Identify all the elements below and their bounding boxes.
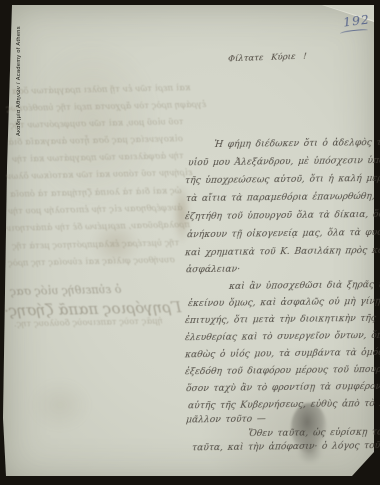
handwriting-line: μᾶλλον τοῦτο —: [185, 415, 266, 426]
handwriting-line: Ὅθεν ταῦτα, ὡς εὑρίσκῃ τὰ ἀντικείμενα: [247, 427, 380, 439]
handwriting-line: καὶ ἂν ὑποσχεθῶσι διὰ ξηρᾶς ὑπὲρ: [228, 280, 380, 292]
bleedthrough-signature: ὁ εὐπειθὴς υἱός σας: [10, 283, 122, 298]
handwriting-line: Ἡ φήμη διέδωκεν ὅτι ὁ ἀδελφὸς τοῦ: [213, 138, 380, 150]
bleedthrough-signature: Γρηγόριος παπᾶ ζήσης·: [4, 298, 182, 320]
archive-watermark-label: Ακαδημία Αθηνών / Academy of Athens: [16, 18, 27, 136]
handwriting-line: ἀσφάλειαν·: [185, 265, 240, 276]
scanned-letter-page: καὶ περὶ τῶν ἐν τῇ πόλει πραγμάτων ὅσαἐγ…: [0, 0, 380, 485]
